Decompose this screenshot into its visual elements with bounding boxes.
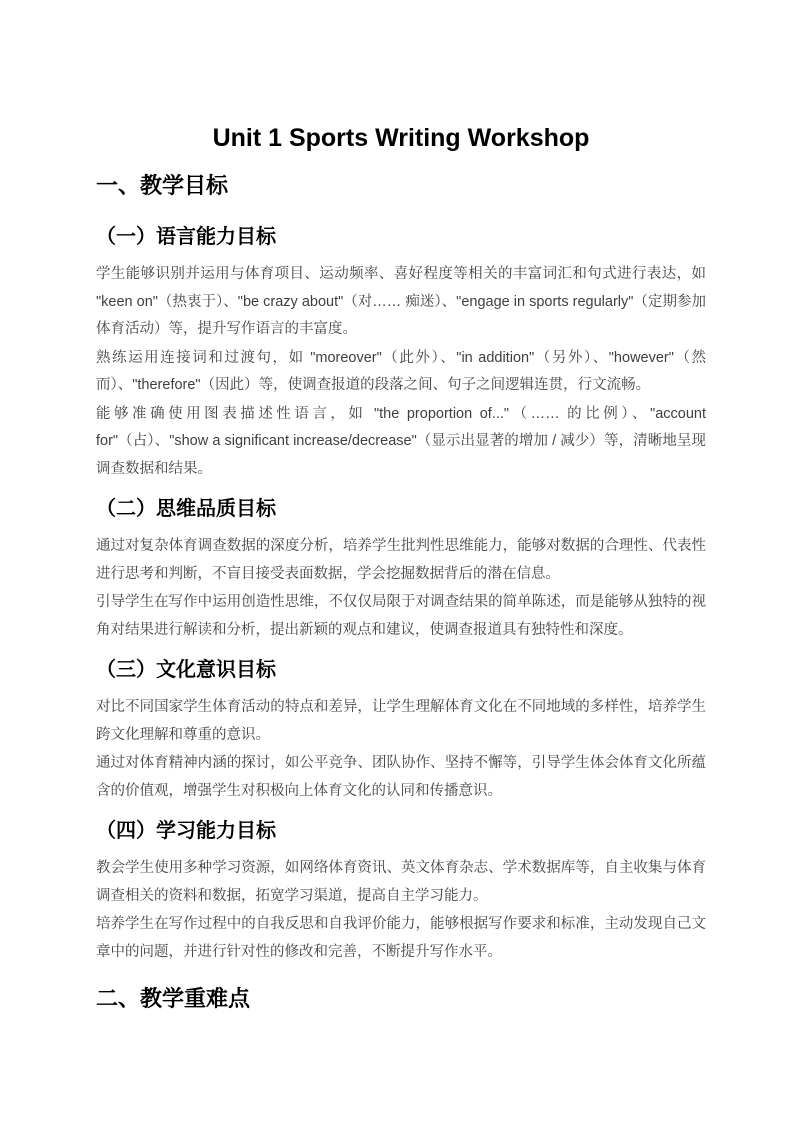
subsection-heading-learning-ability: （四）学习能力目标 (96, 818, 706, 844)
section-heading-teaching-objectives: 一、教学目标 (96, 172, 706, 200)
paragraph-cross-cultural: 对比不同国家学生体育活动的特点和差异，让学生理解体育文化在不同地域的多样性，培养… (96, 694, 706, 749)
paragraph-sports-spirit: 通过对体育精神内涵的探讨，如公平竞争、团队协作、坚持不懈等，引导学生体会体育文化… (96, 750, 706, 805)
paragraph-creative-thinking: 引导学生在写作中运用创造性思维，不仅仅局限于对调查结果的简单陈述，而是能够从独特… (96, 589, 706, 644)
document-page: Unit 1 Sports Writing Workshop 一、教学目标 （一… (0, 0, 794, 1123)
paragraph-linking-words: 熟练运用连接词和过渡句，如 "moreover"（此外）、"in additio… (96, 345, 706, 400)
section-heading-key-difficulties: 二、教学重难点 (96, 985, 706, 1013)
paragraph-chart-language: 能够准确使用图表描述性语言，如 "the proportion of..."（…… (96, 401, 706, 484)
subsection-heading-language-ability: （一）语言能力目标 (96, 224, 706, 250)
paragraph-learning-resources: 教会学生使用多种学习资源，如网络体育资讯、英文体育杂志、学术数据库等，自主收集与… (96, 855, 706, 910)
paragraph-vocabulary-expressions: 学生能够识别并运用与体育项目、运动频率、喜好程度等相关的丰富词汇和句式进行表达，… (96, 261, 706, 344)
document-title: Unit 1 Sports Writing Workshop (96, 124, 706, 153)
paragraph-self-reflection: 培养学生在写作过程中的自我反思和自我评价能力，能够根据写作要求和标准，主动发现自… (96, 911, 706, 966)
subsection-heading-cultural-awareness: （三）文化意识目标 (96, 657, 706, 683)
paragraph-critical-thinking: 通过对复杂体育调查数据的深度分析，培养学生批判性思维能力，能够对数据的合理性、代… (96, 533, 706, 588)
subsection-heading-thinking-quality: （二）思维品质目标 (96, 496, 706, 522)
